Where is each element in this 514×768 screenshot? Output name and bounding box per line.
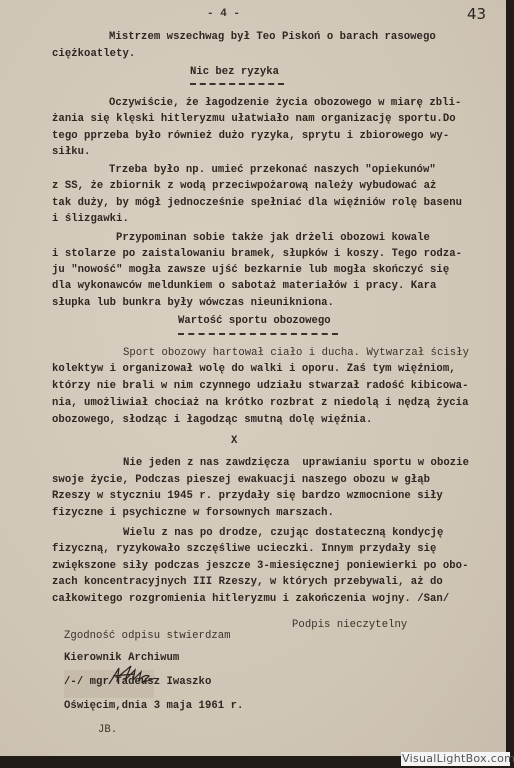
document-page: - 4 - 43 Mistrzem wszechwag był Teo Pisk… [0,0,506,756]
paragraph-line: kolektyw i organizował wolę do walki i o… [52,363,456,375]
paragraph-line: siłku. [52,146,90,158]
paragraph-line: obozowego, słodząc i łagodząc smutną dol… [52,414,372,426]
paragraph-line: Oczywiście, że łagodzenie życia obozoweg… [109,97,461,109]
paragraph-line: Sport obozowy hartował ciało i ducha. Wy… [123,347,469,359]
signatory-name: /-/ mgr Tadeusz Iwaszko [64,676,211,688]
section-separator: X [231,435,237,447]
paragraph-line: z SS, że zbiornik z wodą przeciwpożarową… [52,180,436,192]
paragraph-line: Nie jeden z nas zawdzięcza uprawianiu sp… [123,457,469,469]
paragraph-line: zach koncentracyjnych III Rzeszy, w któr… [52,576,443,588]
intro-line: Mistrzem wszechwag był Teo Piskoń o bara… [109,31,436,43]
paragraph-line: słupka lub bunkra były wówczas nieunikni… [52,297,334,309]
paragraph-line: nia, umożliwiał chociaż na krótko rozbra… [52,397,468,409]
paragraph-line: fizyczną, ryzykowało szczęśliwe ucieczki… [52,543,436,555]
paragraph-line: Wielu z nas po drodze, czując dostateczn… [123,527,443,539]
typist-initials: JB. [98,724,117,736]
paragraph-line: Rzeszy w styczniu 1945 r. przydały się b… [52,490,443,502]
folio-number: 43 [467,5,486,23]
certification-text: Zgodność odpisu stwierdzam [64,630,231,642]
place-date: Oświęcim,dnia 3 maja 1961 r. [64,700,243,712]
signature-note: Podpis nieczytelny [292,619,407,631]
paragraph-line: swoje życie, Podczas pieszej ewakuacji n… [52,474,430,486]
scan-edge-right [506,0,514,768]
paragraph-line: którzy nie brali w nim czynnego udziału … [52,380,468,392]
paragraph-line: tak duży, by mógł jednocześnie spełniać … [52,197,462,209]
paragraph-line: i stolarze po zaistalowaniu bramek, słup… [52,248,462,260]
paragraph-line: i ślizgawki. [52,213,129,225]
paragraph-line: dla wykonawców meldunkiem o sabotaż mate… [52,280,436,292]
title-underline [190,83,284,85]
paragraph-line: fizyczne i psychiczne w forsownych marsz… [52,507,334,519]
title-underline [178,333,338,335]
paragraph-line: zwiększone siły podczas jeszcze 3-miesię… [52,560,468,572]
section-title-risk: Nic bez ryzyka [190,66,279,78]
paragraph-line: żania się klęski hitleryzmu ułatwiało na… [52,113,456,125]
paragraph-line: całkowitego rozgromienia hitleryzmu i za… [52,593,449,605]
section-title-value: Wartość sportu obozowego [178,315,331,327]
page-number: - 4 - [207,8,240,20]
paragraph-line: ju "nowość" mogła zawsze ujść bezkarnie … [52,264,449,276]
paragraph-line: Trzeba było np. umieć przekonać naszych … [109,164,436,176]
paragraph-line: Przypominan sobie także jak drżeli obozo… [116,232,430,244]
intro-line: ciężkoatlety. [52,48,135,60]
paragraph-line: tego pprzeba było również dużo ryzyka, s… [52,130,449,142]
watermark-link[interactable]: VisualLightBox.com [401,752,510,766]
